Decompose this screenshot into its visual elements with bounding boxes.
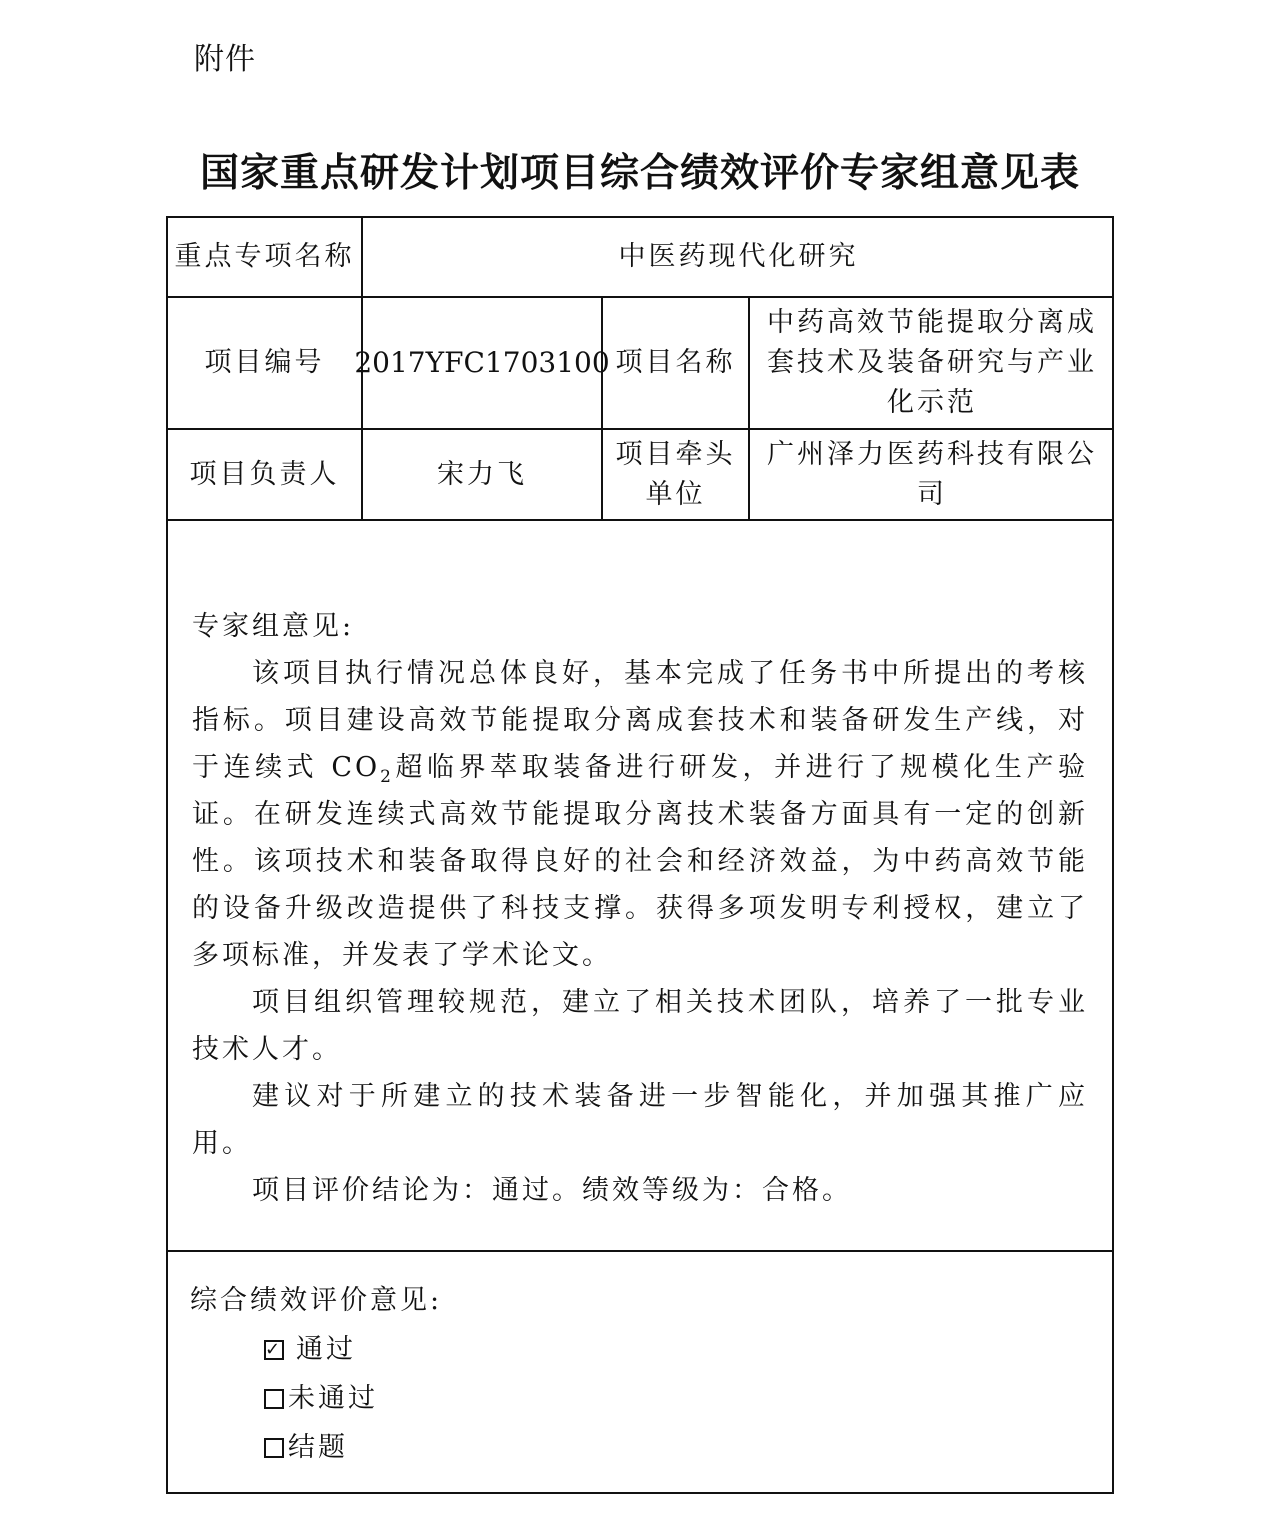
option-closed-label: 结题 — [288, 1423, 348, 1472]
expert-opinion-section: 专家组意见: 该项目执行情况总体良好，基本完成了任务书中所提出的考核指标。项目建… — [192, 603, 1088, 1214]
project-leader-label: 项目负责人 — [168, 430, 361, 519]
special-project-value: 中医药现代化研究 — [363, 218, 1114, 296]
project-leader-value: 宋力飞 — [363, 430, 601, 519]
expert-opinion-heading: 专家组意见: — [192, 603, 1088, 650]
overall-evaluation-section: 综合绩效评价意见: ✓ 通过 未通过 结题 — [190, 1276, 442, 1472]
row-divider — [168, 1250, 1112, 1252]
expert-opinion-paragraph-3: 建议对于所建立的技术装备进一步智能化，并加强其推广应用。 — [192, 1073, 1088, 1167]
checkbox-empty-icon[interactable] — [264, 1438, 284, 1458]
attachment-label: 附件 — [194, 34, 256, 78]
option-fail-label: 未通过 — [288, 1374, 378, 1423]
special-project-label: 重点专项名称 — [168, 218, 361, 296]
checkbox-checked-icon[interactable]: ✓ — [264, 1340, 284, 1360]
row-divider — [168, 519, 1112, 521]
option-fail[interactable]: 未通过 — [190, 1374, 442, 1423]
checkbox-empty-icon[interactable] — [264, 1389, 284, 1409]
option-closed[interactable]: 结题 — [190, 1423, 442, 1472]
project-name-label: 项目名称 — [603, 298, 748, 428]
expert-opinion-paragraph-1: 该项目执行情况总体良好，基本完成了任务书中所提出的考核指标。项目建设高效节能提取… — [192, 650, 1088, 979]
overall-evaluation-heading: 综合绩效评价意见: — [190, 1276, 442, 1325]
lead-unit-label: 项目牵头单位 — [603, 430, 748, 519]
project-name-value: 中药高效节能提取分离成套技术及装备研究与产业化示范 — [750, 298, 1114, 428]
option-pass[interactable]: ✓ 通过 — [190, 1325, 442, 1374]
expert-opinion-paragraph-2: 项目组织管理较规范，建立了相关技术团队，培养了一批专业技术人才。 — [192, 979, 1088, 1073]
lead-unit-value: 广州泽力医药科技有限公司 — [750, 430, 1114, 519]
evaluation-form-table: 重点专项名称 中医药现代化研究 项目编号 2017YFC1703100 项目名称… — [166, 216, 1114, 1494]
subscript-2: 2 — [380, 767, 394, 787]
page-title: 国家重点研发计划项目综合绩效评价专家组意见表 — [0, 142, 1280, 198]
expert-opinion-paragraph-4: 项目评价结论为：通过。绩效等级为：合格。 — [192, 1167, 1088, 1214]
project-number-value: 2017YFC1703100 — [363, 298, 601, 428]
project-number-label: 项目编号 — [168, 298, 361, 428]
option-pass-label: 通过 — [296, 1325, 356, 1374]
